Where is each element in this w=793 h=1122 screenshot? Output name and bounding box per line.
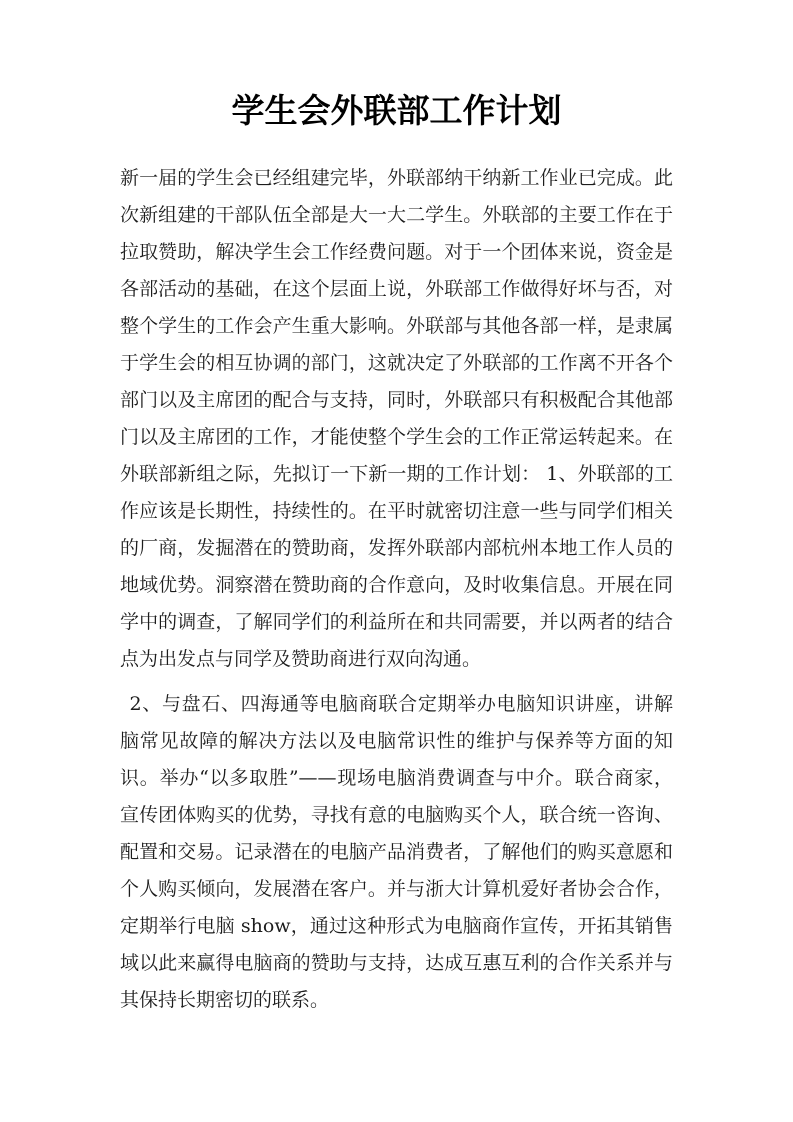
document-page: 学生会外联部工作计划 新一届的学生会已经组建完毕，外联部纳干纳新工作业已完成。此… bbox=[0, 0, 793, 1122]
text-line: 其保持长期密切的联系。 bbox=[120, 982, 673, 1019]
text-line: 于学生会的相互协调的部门，这就决定了外联部的工作离不开各个 bbox=[120, 345, 673, 382]
text-line: 拉取赞助，解决学生会工作经费问题。对于一个团体来说，资金是 bbox=[120, 234, 673, 271]
text-line: 配置和交易。记录潜在的电脑产品消费者，了解他们的购买意愿和 bbox=[120, 834, 673, 871]
text-line: 次新组建的干部队伍全部是大一大二学生。外联部的主要工作在于 bbox=[120, 197, 673, 234]
paragraph-1: 新一届的学生会已经组建完毕，外联部纳干纳新工作业已完成。此次新组建的干部队伍全部… bbox=[120, 160, 673, 678]
text-line: 宣传团体购买的优势，寻找有意的电脑购买个人，联合统一咨询、 bbox=[120, 797, 673, 834]
text-line: 学中的调查，了解同学们的利益所在和共同需要，并以两者的结合 bbox=[120, 604, 673, 641]
text-line: 识。举办“以多取胜”——现场电脑消费调查与中介。联合商家， bbox=[120, 760, 673, 797]
text-line: 外联部新组之际，先拟订一下新一期的工作计划： 1、外联部的工 bbox=[120, 456, 673, 493]
text-line: 的厂商，发掘潜在的赞助商，发挥外联部内部杭州本地工作人员的 bbox=[120, 530, 673, 567]
text-line: 点为出发点与同学及赞助商进行双向沟通。 bbox=[120, 641, 673, 678]
text-line: 部门以及主席团的配合与支持，同时，外联部只有积极配合其他部 bbox=[120, 382, 673, 419]
text-line: 2、与盘石、四海通等电脑商联合定期举办电脑知识讲座，讲解电 bbox=[120, 686, 673, 723]
text-line: 域以此来赢得电脑商的赞助与支持，达成互惠互利的合作关系并与 bbox=[120, 945, 673, 982]
text-line: 地域优势。洞察潜在赞助商的合作意向，及时收集信息。开展在同 bbox=[120, 567, 673, 604]
text-line: 个人购买倾向，发展潜在客户。并与浙大计算机爱好者协会合作， bbox=[120, 871, 673, 908]
document-body: 新一届的学生会已经组建完毕，外联部纳干纳新工作业已完成。此次新组建的干部队伍全部… bbox=[120, 160, 673, 1019]
text-line: 各部活动的基础，在这个层面上说，外联部工作做得好坏与否，对 bbox=[120, 271, 673, 308]
text-line: 脑常见故障的解决方法以及电脑常识性的维护与保养等方面的知 bbox=[120, 723, 673, 760]
text-line: 定期举行电脑 show，通过这种形式为电脑商作宣传，开拓其销售领 bbox=[120, 908, 673, 945]
text-line: 作应该是长期性，持续性的。在平时就密切注意一些与同学们相关 bbox=[120, 493, 673, 530]
paragraph-2: 2、与盘石、四海通等电脑商联合定期举办电脑知识讲座，讲解电脑常见故障的解决方法以… bbox=[120, 686, 673, 1019]
document-title: 学生会外联部工作计划 bbox=[120, 88, 673, 134]
text-line: 新一届的学生会已经组建完毕，外联部纳干纳新工作业已完成。此 bbox=[120, 160, 673, 197]
text-line: 整个学生的工作会产生重大影响。外联部与其他各部一样，是隶属 bbox=[120, 308, 673, 345]
text-line: 门以及主席团的工作，才能使整个学生会的工作正常运转起来。在 bbox=[120, 419, 673, 456]
